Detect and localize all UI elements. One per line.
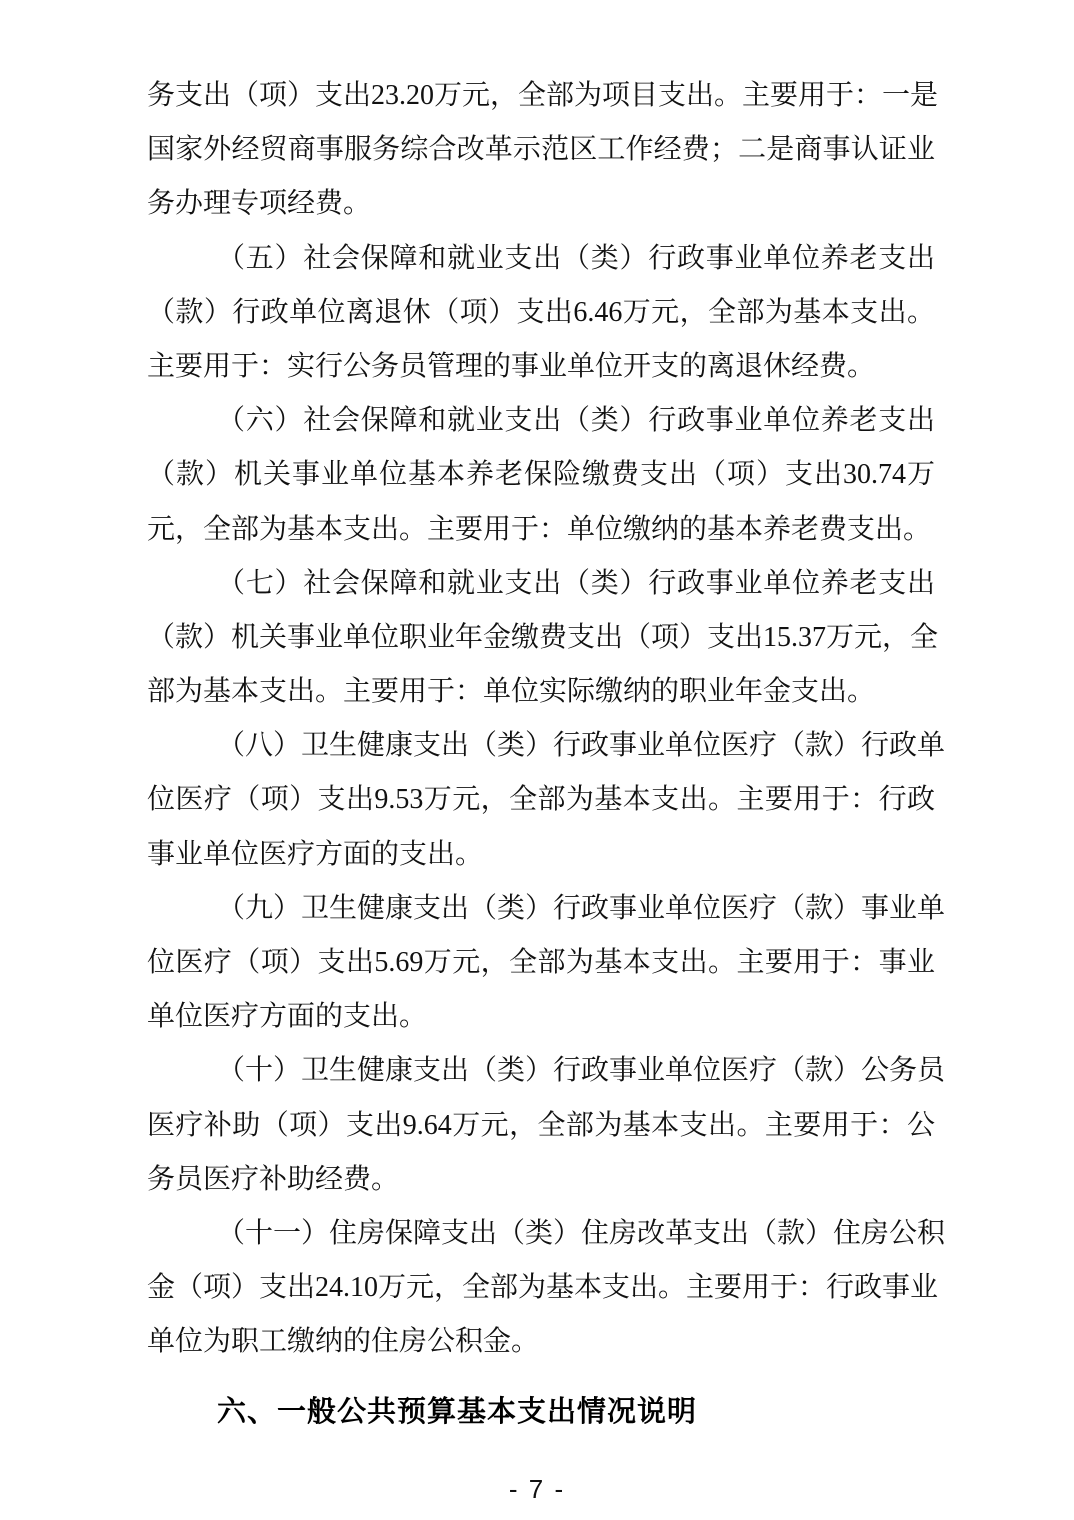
text-line: 务员医疗补助经费。 <box>147 1153 935 1207</box>
text-line: 元，全部为基本支出。主要用于：单位缴纳的基本养老费支出。 <box>147 503 935 557</box>
text-line: （九）卫生健康支出（类）行政事业单位医疗（款）事业单 <box>147 882 935 936</box>
paragraph: （十一）住房保障支出（类）住房改革支出（款）住房公积金（项）支出24.10万元，… <box>147 1207 935 1370</box>
text-line: （五）社会保障和就业支出（类）行政事业单位养老支出 <box>147 232 935 286</box>
paragraph: （六）社会保障和就业支出（类）行政事业单位养老支出（款）机关事业单位基本养老保险… <box>147 394 935 557</box>
section-heading: 六、一般公共预算基本支出情况说明 <box>147 1392 1005 1432</box>
text-line: （六）社会保障和就业支出（类）行政事业单位养老支出 <box>147 394 935 448</box>
text-line: 务办理专项经费。 <box>147 177 935 231</box>
text-line: 事业单位医疗方面的支出。 <box>147 828 935 882</box>
text-line: （款）机关事业单位基本养老保险缴费支出（项）支出30.74万 <box>147 448 935 502</box>
paragraph: （七）社会保障和就业支出（类）行政事业单位养老支出（款）机关事业单位职业年金缴费… <box>147 557 935 720</box>
paragraph: （五）社会保障和就业支出（类）行政事业单位养老支出（款）行政单位离退休（项）支出… <box>147 232 935 395</box>
text-line: 金（项）支出24.10万元，全部为基本支出。主要用于：行政事业 <box>147 1261 935 1315</box>
paragraph: （八）卫生健康支出（类）行政事业单位医疗（款）行政单位医疗（项）支出9.53万元… <box>147 719 935 882</box>
text-line: （七）社会保障和就业支出（类）行政事业单位养老支出 <box>147 557 935 611</box>
text-line: 医疗补助（项）支出9.64万元，全部为基本支出。主要用于：公 <box>147 1099 935 1153</box>
text-line: 国家外经贸商事服务综合改革示范区工作经费；二是商事认证业 <box>147 123 935 177</box>
text-line: 主要用于：实行公务员管理的事业单位开支的离退休经费。 <box>147 340 935 394</box>
text-line: （款）行政单位离退休（项）支出6.46万元，全部为基本支出。 <box>147 286 935 340</box>
text-line: 部为基本支出。主要用于：单位实际缴纳的职业年金支出。 <box>147 665 935 719</box>
text-line: （十一）住房保障支出（类）住房改革支出（款）住房公积 <box>147 1207 935 1261</box>
text-line: （八）卫生健康支出（类）行政事业单位医疗（款）行政单 <box>147 719 935 773</box>
document-body: 务支出（项）支出23.20万元，全部为项目支出。主要用于：一是国家外经贸商事服务… <box>147 69 935 1370</box>
document-page: 务支出（项）支出23.20万元，全部为项目支出。主要用于：一是国家外经贸商事服务… <box>0 0 1074 1520</box>
page-number: - 7 - <box>0 1474 1074 1504</box>
text-line: 务支出（项）支出23.20万元，全部为项目支出。主要用于：一是 <box>147 69 935 123</box>
text-line: 单位为职工缴纳的住房公积金。 <box>147 1315 935 1369</box>
text-line: 单位医疗方面的支出。 <box>147 990 935 1044</box>
paragraph: 务支出（项）支出23.20万元，全部为项目支出。主要用于：一是国家外经贸商事服务… <box>147 69 935 232</box>
paragraph: （十）卫生健康支出（类）行政事业单位医疗（款）公务员医疗补助（项）支出9.64万… <box>147 1044 935 1207</box>
text-line: 位医疗（项）支出9.53万元，全部为基本支出。主要用于：行政 <box>147 773 935 827</box>
text-line: 位医疗（项）支出5.69万元，全部为基本支出。主要用于：事业 <box>147 936 935 990</box>
text-line: （十）卫生健康支出（类）行政事业单位医疗（款）公务员 <box>147 1044 935 1098</box>
text-line: （款）机关事业单位职业年金缴费支出（项）支出15.37万元，全 <box>147 611 935 665</box>
paragraph: （九）卫生健康支出（类）行政事业单位医疗（款）事业单位医疗（项）支出5.69万元… <box>147 882 935 1045</box>
